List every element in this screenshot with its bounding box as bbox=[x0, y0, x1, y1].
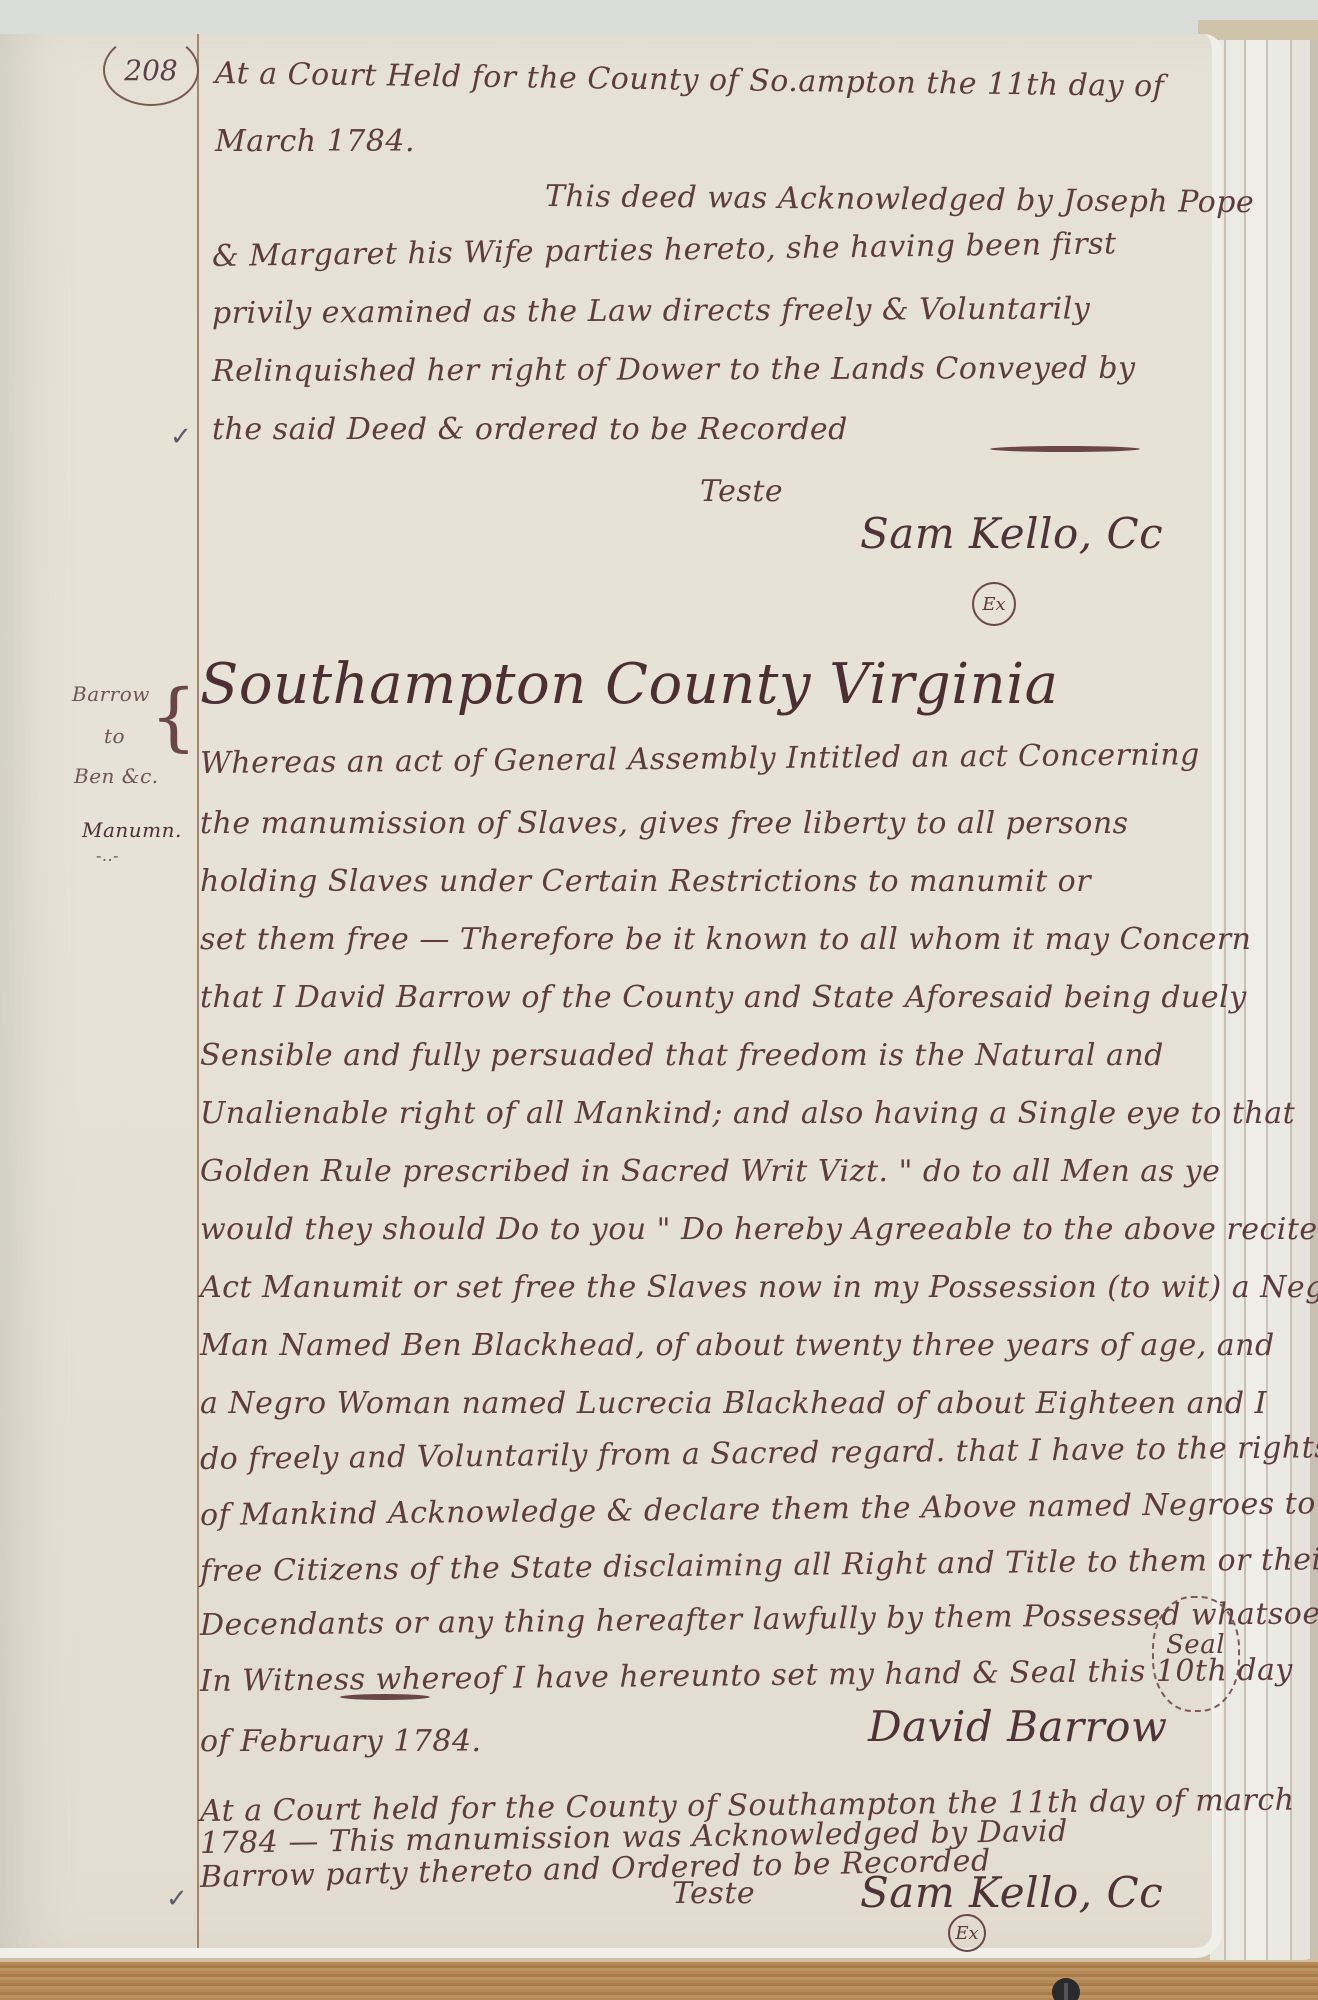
manumission-line-11: Man Named Ben Blackhead, of about twenty… bbox=[200, 1328, 1275, 1363]
manumission-line-8: Golden Rule prescribed in Sacred Writ Vi… bbox=[200, 1154, 1220, 1189]
ack1-teste: Teste bbox=[700, 474, 783, 509]
manumission-line-16: Decendants or any thing hereafter lawful… bbox=[200, 1596, 1318, 1643]
ledger-page: 208 At a Court Held for the County of So… bbox=[0, 34, 1222, 1958]
manumission-line-13: do freely and Voluntarily from a Sacred … bbox=[200, 1430, 1318, 1477]
manumission-line-12: a Negro Woman named Lucrecia Blackhead o… bbox=[200, 1386, 1267, 1421]
ack1-line-7: the said Deed & ordered to be Recorded bbox=[212, 412, 848, 447]
ink-flourish bbox=[990, 446, 1140, 452]
page-number-circle: 208 bbox=[103, 34, 199, 106]
checkmark-icon: ✓ bbox=[166, 1884, 188, 1914]
ack1-clerk-signature: Sam Kello, Cc bbox=[860, 509, 1163, 558]
wood-table-surface bbox=[0, 1962, 1318, 2000]
manumission-line-2: the manumission of Slaves, gives free li… bbox=[200, 806, 1129, 841]
ack1-line-6: Relinquished her right of Dower to the L… bbox=[212, 351, 1136, 389]
ack1-line-3: This deed was Acknowledged by Joseph Pop… bbox=[545, 179, 1255, 220]
margin-note-line-5: -..- bbox=[96, 846, 119, 865]
manumission-heading: Southampton County Virginia bbox=[200, 652, 1059, 717]
ack1-line-2: March 1784. bbox=[215, 124, 415, 159]
margin-note-line-2: to bbox=[104, 724, 125, 748]
page-number: 208 bbox=[124, 54, 177, 87]
ack1-line-5: privily examined as the Law directs free… bbox=[212, 291, 1090, 331]
seal-label: Seal bbox=[1166, 1630, 1225, 1660]
screw-icon bbox=[1052, 1978, 1080, 2000]
manumission-line-17: In Witness whereof I have hereunto set m… bbox=[200, 1653, 1293, 1699]
brace-icon: { bbox=[150, 674, 197, 760]
manumission-line-9: would they should Do to you " Do hereby … bbox=[200, 1212, 1318, 1247]
checkmark-icon: ✓ bbox=[170, 422, 192, 452]
manumission-line-1: Whereas an act of General Assembly Intit… bbox=[200, 737, 1200, 781]
manumission-signature: David Barrow bbox=[868, 1702, 1167, 1751]
ack1-line-1: At a Court Held for the County of So.amp… bbox=[215, 56, 1165, 104]
manumission-line-4: set them free — Therefore be it known to… bbox=[200, 922, 1252, 957]
manumission-line-5: that I David Barrow of the County and St… bbox=[200, 980, 1247, 1015]
ack1-clerk-mark: Ex bbox=[972, 582, 1016, 626]
ink-flourish bbox=[340, 1694, 430, 1700]
manumission-line-10: Act Manumit or set free the Slaves now i… bbox=[200, 1270, 1318, 1305]
margin-rule-line bbox=[197, 34, 199, 1948]
ack2-teste: Teste bbox=[672, 1876, 755, 1911]
manumission-line-14: of Mankind Acknowledge & declare them th… bbox=[200, 1486, 1318, 1533]
manumission-line-3: holding Slaves under Certain Restriction… bbox=[200, 864, 1091, 899]
ack1-line-4: & Margaret his Wife parties hereto, she … bbox=[212, 226, 1117, 274]
margin-note-line-3: Ben &c. bbox=[74, 764, 159, 788]
margin-note-line-1: Barrow bbox=[72, 682, 150, 706]
manumission-line-15: free Citizens of the State disclaiming a… bbox=[200, 1542, 1318, 1589]
ack2-clerk-signature: Sam Kello, Cc bbox=[860, 1868, 1163, 1917]
ack2-clerk-mark: Ex bbox=[948, 1914, 986, 1952]
margin-note-line-4: Manumn. bbox=[82, 818, 182, 842]
manumission-line-6: Sensible and fully persuaded that freedo… bbox=[200, 1038, 1164, 1073]
manumission-line-7: Unalienable right of all Mankind; and al… bbox=[200, 1096, 1295, 1131]
manumission-line-18: of February 1784. bbox=[200, 1724, 482, 1759]
